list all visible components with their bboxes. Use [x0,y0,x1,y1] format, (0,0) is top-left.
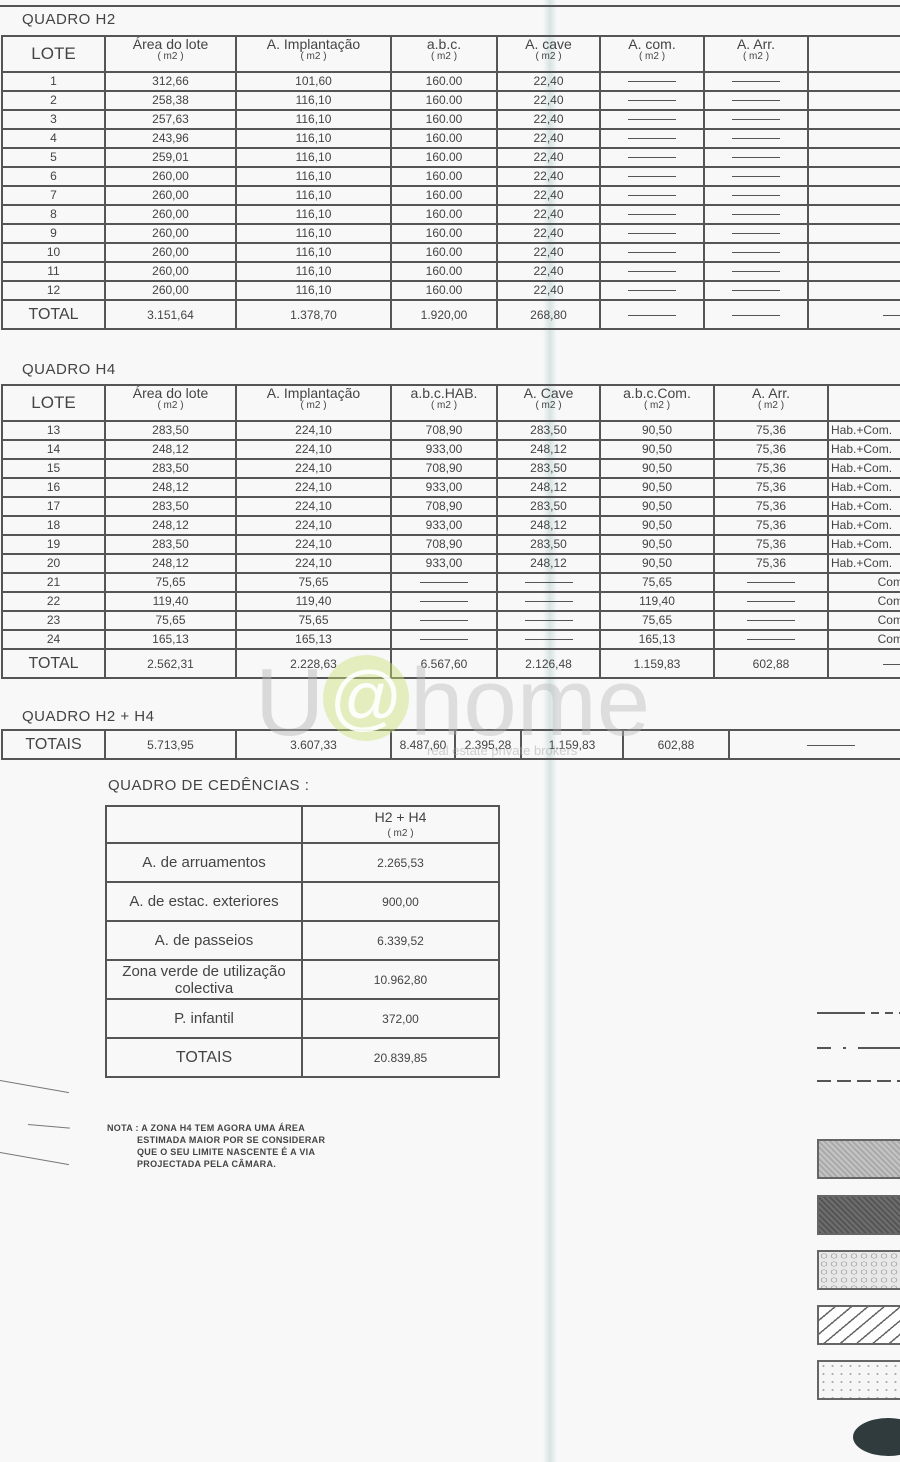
cedencias-row: A. de estac. exteriores900,00 [106,882,499,921]
dash-placeholder [525,639,573,640]
table-row: 19283,50224,10708,90283,5090,5075,36Hab.… [2,535,900,554]
table-cell [600,281,704,300]
table-cell: 75,36 [714,421,828,440]
table-cell [600,148,704,167]
column-header: A. Implantação( m2 ) [236,36,391,72]
column-header-unit: ( m2 ) [601,400,713,411]
column-header-label: a.b.c. [427,36,461,52]
table-cell: 22,40 [497,205,600,224]
table-cell [704,205,808,224]
totals-cell: 602,88 [623,730,729,759]
table-cell [600,72,704,91]
table-cell: 116,10 [236,186,391,205]
table-cell: 248,12 [105,516,236,535]
table-cell: 2 [2,91,105,110]
table-cell: 12 [2,281,105,300]
column-header-label: A. Implantação [267,36,360,52]
table-cell [704,262,808,281]
table-cell: 90,50 [600,440,714,459]
table-cell: 75,36 [714,440,828,459]
table-cell: 257,63 [105,110,236,129]
column-header: LOTE [2,36,105,72]
table-cell: 708,90 [391,421,497,440]
table-cell [714,630,828,649]
dash-placeholder [732,315,780,316]
table-cell: 14 [2,440,105,459]
table-cell: 224,10 [236,421,391,440]
table-cell [600,205,704,224]
quadro-h2-h4-caption: QUADRO H2 + H4 [22,708,154,725]
table-cell: 224,10 [236,478,391,497]
table-cell: 283,50 [497,535,600,554]
table-cell: 10 [2,243,105,262]
table-cell: Hab.+Com. [828,478,900,497]
table-cell: 90,50 [600,478,714,497]
dash-placeholder [732,119,780,120]
table-cell: 22,40 [497,262,600,281]
table-row: 6260,00116,10160.0022,40Hab. [2,167,900,186]
dash-placeholder [628,157,676,158]
dash-placeholder [732,214,780,215]
column-header-unit: ( m2 ) [715,400,827,411]
dash-placeholder [420,620,468,621]
total-cell [704,300,808,329]
total-cell: 2.126,48 [497,649,600,678]
table-cell: 24 [2,630,105,649]
column-header-label: A. Arr. [737,36,775,52]
table-cell: 90,50 [600,421,714,440]
table-row: 20248,12224,10933,00248,1290,5075,36Hab.… [2,554,900,573]
drawing-stroke [0,1152,69,1165]
column-header: a.b.c.Com.( m2 ) [600,385,714,421]
table-cell: 7 [2,186,105,205]
table-cell: Hab. [808,129,900,148]
table-cell: 165,13 [600,630,714,649]
table-cell: 119,40 [105,592,236,611]
column-header-label: Área do lote [133,385,209,401]
table-cell: 160.00 [391,281,497,300]
column-header-label: A. com. [628,36,675,52]
table-cell: 13 [2,421,105,440]
table-cell: 1 [2,72,105,91]
table-cell: 260,00 [105,281,236,300]
table-cell: 160.00 [391,110,497,129]
cedencias-caption: QUADRO DE CEDÊNCIAS : [108,777,309,794]
table-row: 2175,6575,6575,65Comércio [2,573,900,592]
dash-placeholder [883,664,900,665]
table-cell: 160.00 [391,186,497,205]
table-cell: 75,36 [714,554,828,573]
column-header: A. Arr.( m2 ) [704,36,808,72]
column-header: Área do lote( m2 ) [105,385,236,421]
totals-cell: 3.607,33 [236,730,391,759]
column-header-label: A. Cave [524,385,574,401]
dash-placeholder [732,100,780,101]
table-cell: 22 [2,592,105,611]
table-cell: 116,10 [236,91,391,110]
table-cell: 224,10 [236,516,391,535]
total-row: TOTAL2.562,312.228,636.567,602.126,481.1… [2,649,900,678]
table-cell [704,110,808,129]
table-cell: 248,12 [497,554,600,573]
table-cell: 260,00 [105,224,236,243]
cedencias-value: 900,00 [302,882,499,921]
table-cell [704,91,808,110]
table-cell: 18 [2,516,105,535]
legend-swatch-light-stipple [817,1139,900,1179]
table-cell [714,573,828,592]
dash-placeholder [525,620,573,621]
table-cell: 708,90 [391,497,497,516]
column-header-label: a.b.c.Com. [623,385,691,401]
legend-swatch-diagonal-hatch [817,1305,900,1345]
table-cell [391,630,497,649]
table-cell: 248,12 [105,478,236,497]
dash-placeholder [732,290,780,291]
table-cell: 116,10 [236,243,391,262]
table-cell: 22,40 [497,72,600,91]
cedencias-value: 372,00 [302,999,499,1038]
table-cell: Hab. [808,72,900,91]
table-cell [714,611,828,630]
totals-cell: 5.713,95 [105,730,236,759]
cedencias-row: A. de arruamentos2.265,53 [106,843,499,882]
column-header: LOTE [2,385,105,421]
cedencias-table: H2 + H4 ( m2 ) A. de arruamentos2.265,53… [105,805,500,1078]
table-cell: Comércio [828,611,900,630]
table-cell: 22,40 [497,224,600,243]
table-cell: 243,96 [105,129,236,148]
dash-placeholder [628,138,676,139]
table-row: 2375,6575,6575,65Comércio [2,611,900,630]
totals-cell: 2.395,28 [455,730,521,759]
header-row: LOTEÁrea do lote( m2 )A. Implantação( m2… [2,385,900,421]
table-cell: 224,10 [236,440,391,459]
table-row: 7260,00116,10160.0022,40Hab. [2,186,900,205]
total-cell: TOTAL [2,300,105,329]
table-cell: Hab. [808,243,900,262]
table-cell: 283,50 [497,497,600,516]
table-cell [600,91,704,110]
header-row: LOTEÁrea do lote( m2 )A. Implantação( m2… [2,36,900,72]
table-cell: 224,10 [236,497,391,516]
table-cell: 260,00 [105,243,236,262]
totals-cell: 8.487,60 [391,730,455,759]
table-row: 5259,01116,10160.0022,40Hab. [2,148,900,167]
table-cell: 116,10 [236,129,391,148]
table-cell: 75,36 [714,459,828,478]
total-cell: 1.159,83 [600,649,714,678]
cedencias-row: Zona verde de utilização colectiva10.962… [106,960,499,999]
table-cell: 11 [2,262,105,281]
table-cell: 160.00 [391,72,497,91]
column-header: a.b.c.HAB.( m2 ) [391,385,497,421]
cedencias-label: TOTAIS [106,1038,302,1077]
nota-line: NOTA : A ZONA H4 TEM AGORA UMA ÁREA [107,1122,325,1134]
dash-placeholder [628,81,676,82]
dash-placeholder [628,315,676,316]
column-header: Uso [808,36,900,72]
table-cell: Hab. [808,205,900,224]
table-cell: 160.00 [391,224,497,243]
table-cell: Hab. [808,167,900,186]
table-row: 2258,38116,10160.0022,40Hab. [2,91,900,110]
table-cell: Hab.+Com. [828,516,900,535]
table-cell: 75,36 [714,497,828,516]
legend-dark-blob [853,1418,900,1456]
table-cell: 22,40 [497,148,600,167]
table-row: 8260,00116,10160.0022,40Hab. [2,205,900,224]
table-cell: 283,50 [105,497,236,516]
legend-line-long-dash-dot [817,1010,900,1016]
totals-cell [729,730,900,759]
quadro-h2-caption: QUADRO H2 [22,11,116,28]
table-cell: 160.00 [391,167,497,186]
column-header-label: A. cave [525,36,572,52]
table-cell [497,630,600,649]
column-header: A. Cave( m2 ) [497,385,600,421]
table-cell: 258,38 [105,91,236,110]
table-cell: 22,40 [497,281,600,300]
table-cell: 9 [2,224,105,243]
table-cell [600,243,704,262]
table-cell: 160.00 [391,243,497,262]
legend-line-dash-dot [817,1045,900,1051]
table-cell: 75,65 [600,573,714,592]
table-cell: 260,00 [105,186,236,205]
dash-placeholder [420,582,468,583]
top-border-line [0,5,900,7]
table-cell: 22,40 [497,129,600,148]
table-cell [497,573,600,592]
table-cell: 19 [2,535,105,554]
table-cell: Hab.+Com. [828,459,900,478]
table-cell: 90,50 [600,516,714,535]
table-cell: 75,65 [600,611,714,630]
table-cell: 312,66 [105,72,236,91]
table-cell: 22,40 [497,110,600,129]
table-cell [391,611,497,630]
column-header-unit: ( m2 ) [392,400,496,411]
table-cell: 224,10 [236,535,391,554]
legend-swatch-dark-stipple [817,1195,900,1235]
column-header-label: Área do lote [133,36,209,52]
table-cell [600,224,704,243]
table-cell [704,72,808,91]
dash-placeholder [628,100,676,101]
column-header-unit: ( m2 ) [106,51,235,62]
cedencias-row: TOTAIS20.839,85 [106,1038,499,1077]
table-cell: 75,65 [105,573,236,592]
dash-placeholder [628,176,676,177]
cedencias-label: A. de estac. exteriores [106,882,302,921]
dash-placeholder [420,601,468,602]
cedencias-value: 20.839,85 [302,1038,499,1077]
table-cell: 933,00 [391,440,497,459]
table-cell: Hab.+Com. [828,535,900,554]
table-cell: 101,60 [236,72,391,91]
quadro-h4-table: LOTEÁrea do lote( m2 )A. Implantação( m2… [1,384,900,679]
quadro-h4-caption: QUADRO H4 [22,361,116,378]
table-cell [704,281,808,300]
dash-placeholder [628,252,676,253]
cedencias-row: P. infantil372,00 [106,999,499,1038]
dash-placeholder [525,601,573,602]
table-cell: 248,12 [105,440,236,459]
total-cell: 6.567,60 [391,649,497,678]
dash-placeholder [732,176,780,177]
table-cell: Hab. [808,148,900,167]
total-cell: 2.562,31 [105,649,236,678]
table-cell: 116,10 [236,110,391,129]
table-row: 13283,50224,10708,90283,5090,5075,36Hab.… [2,421,900,440]
table-cell: 224,10 [236,459,391,478]
dash-placeholder [747,601,795,602]
cedencias-value: 6.339,52 [302,921,499,960]
table-cell: 75,65 [236,611,391,630]
column-header: Área do lote( m2 ) [105,36,236,72]
cedencias-label: A. de arruamentos [106,843,302,882]
table-cell: 23 [2,611,105,630]
dash-placeholder [732,138,780,139]
table-cell: 5 [2,148,105,167]
table-cell [391,573,497,592]
dash-placeholder [420,639,468,640]
table-cell [497,611,600,630]
table-cell: 16 [2,478,105,497]
table-cell: 160.00 [391,148,497,167]
dash-placeholder [747,582,795,583]
table-cell: 22,40 [497,186,600,205]
quadro-h2-table: LOTEÁrea do lote( m2 )A. Implantação( m2… [1,35,900,330]
table-cell [391,592,497,611]
table-row: 12260,00116,10160.0022,40Hab. [2,281,900,300]
total-cell [600,300,704,329]
table-cell: 283,50 [105,459,236,478]
table-cell: 165,13 [236,630,391,649]
table-cell: 6 [2,167,105,186]
drawing-stroke [0,1080,69,1093]
column-header: a.b.c.( m2 ) [391,36,497,72]
dash-placeholder [628,214,676,215]
table-cell: 708,90 [391,535,497,554]
total-cell [828,649,900,678]
table-cell: 90,50 [600,535,714,554]
table-cell: 116,10 [236,167,391,186]
table-cell: 90,50 [600,459,714,478]
table-cell: 119,40 [600,592,714,611]
table-cell: Comércio [828,573,900,592]
total-cell: 268,80 [497,300,600,329]
table-row: 11260,00116,10160.0022,40Hab. [2,262,900,281]
table-cell [600,129,704,148]
table-row: 17283,50224,10708,90283,5090,5075,36Hab.… [2,497,900,516]
cedencias-label: Zona verde de utilização colectiva [106,960,302,999]
table-row: 3257,63116,10160.0022,40Hab. [2,110,900,129]
total-cell: 1.920,00 [391,300,497,329]
table-cell: 160.00 [391,205,497,224]
table-cell: Hab. [808,281,900,300]
dash-placeholder [747,639,795,640]
table-row: 24165,13165,13165,13Comércio [2,630,900,649]
column-header-unit: ( m2 ) [498,400,599,411]
dash-placeholder [732,233,780,234]
table-cell: 75,65 [236,573,391,592]
table-cell: Comércio [828,630,900,649]
table-cell: 75,36 [714,516,828,535]
table-cell: 160.00 [391,129,497,148]
cedencias-row: A. de passeios6.339,52 [106,921,499,960]
cedencias-header-label: H2 + H4 [375,809,427,825]
total-cell: 1.378,70 [236,300,391,329]
table-cell: 260,00 [105,262,236,281]
totals-cell: TOTAIS [2,730,105,759]
table-cell: 160.00 [391,91,497,110]
table-row: 16248,12224,10933,00248,1290,5075,36Hab.… [2,478,900,497]
table-cell [600,262,704,281]
table-row: 22119,40119,40119,40Comércio [2,592,900,611]
total-cell: 3.151,64 [105,300,236,329]
dash-placeholder [732,252,780,253]
table-cell: 260,00 [105,167,236,186]
dash-placeholder [732,157,780,158]
table-cell: 119,40 [236,592,391,611]
table-cell: Hab.+Com. [828,554,900,573]
total-cell: TOTAL [2,649,105,678]
legend-swatch-circles [817,1250,900,1290]
column-header-label: a.b.c.HAB. [411,385,478,401]
table-cell: 224,10 [236,554,391,573]
table-cell: Hab.+Com. [828,421,900,440]
nota-line: PROJECTADA PELA CÂMARA. [107,1158,325,1170]
table-cell [600,186,704,205]
column-header: A. cave( m2 ) [497,36,600,72]
cedencias-value: 2.265,53 [302,843,499,882]
column-header-label: A. Implantação [267,385,360,401]
table-cell: 3 [2,110,105,129]
nota-text: NOTA : A ZONA H4 TEM AGORA UMA ÁREAESTIM… [107,1122,325,1170]
table-cell [704,167,808,186]
table-cell: 260,00 [105,205,236,224]
quadro-h2-h4-table: TOTAIS5.713,953.607,338.487,602.395,281.… [1,729,900,760]
cedencias-value: 10.962,80 [302,960,499,999]
table-cell: 933,00 [391,554,497,573]
table-cell: 22,40 [497,167,600,186]
dash-placeholder [525,582,573,583]
column-header-unit: ( m2 ) [392,51,496,62]
column-header: A. com.( m2 ) [600,36,704,72]
table-cell: 116,10 [236,281,391,300]
table-cell [497,592,600,611]
cedencias-header: H2 + H4 ( m2 ) [302,806,499,843]
table-cell: 116,10 [236,224,391,243]
table-cell [704,186,808,205]
table-cell: Hab.+Com. [828,497,900,516]
drawing-stroke [28,1124,70,1129]
totals-row: TOTAIS5.713,953.607,338.487,602.395,281.… [2,730,900,759]
table-row: 15283,50224,10708,90283,5090,5075,36Hab.… [2,459,900,478]
table-cell: 248,12 [105,554,236,573]
table-cell: 248,12 [497,478,600,497]
table-row: 18248,12224,10933,00248,1290,5075,36Hab.… [2,516,900,535]
table-cell: Hab. [808,110,900,129]
dash-placeholder [628,195,676,196]
column-header: Uso [828,385,900,421]
column-header: A. Implantação( m2 ) [236,385,391,421]
nota-line: QUE O SEU LIMITE NASCENTE É A VIA [107,1146,325,1158]
dash-placeholder [883,315,900,316]
column-header-unit: ( m2 ) [601,51,703,62]
